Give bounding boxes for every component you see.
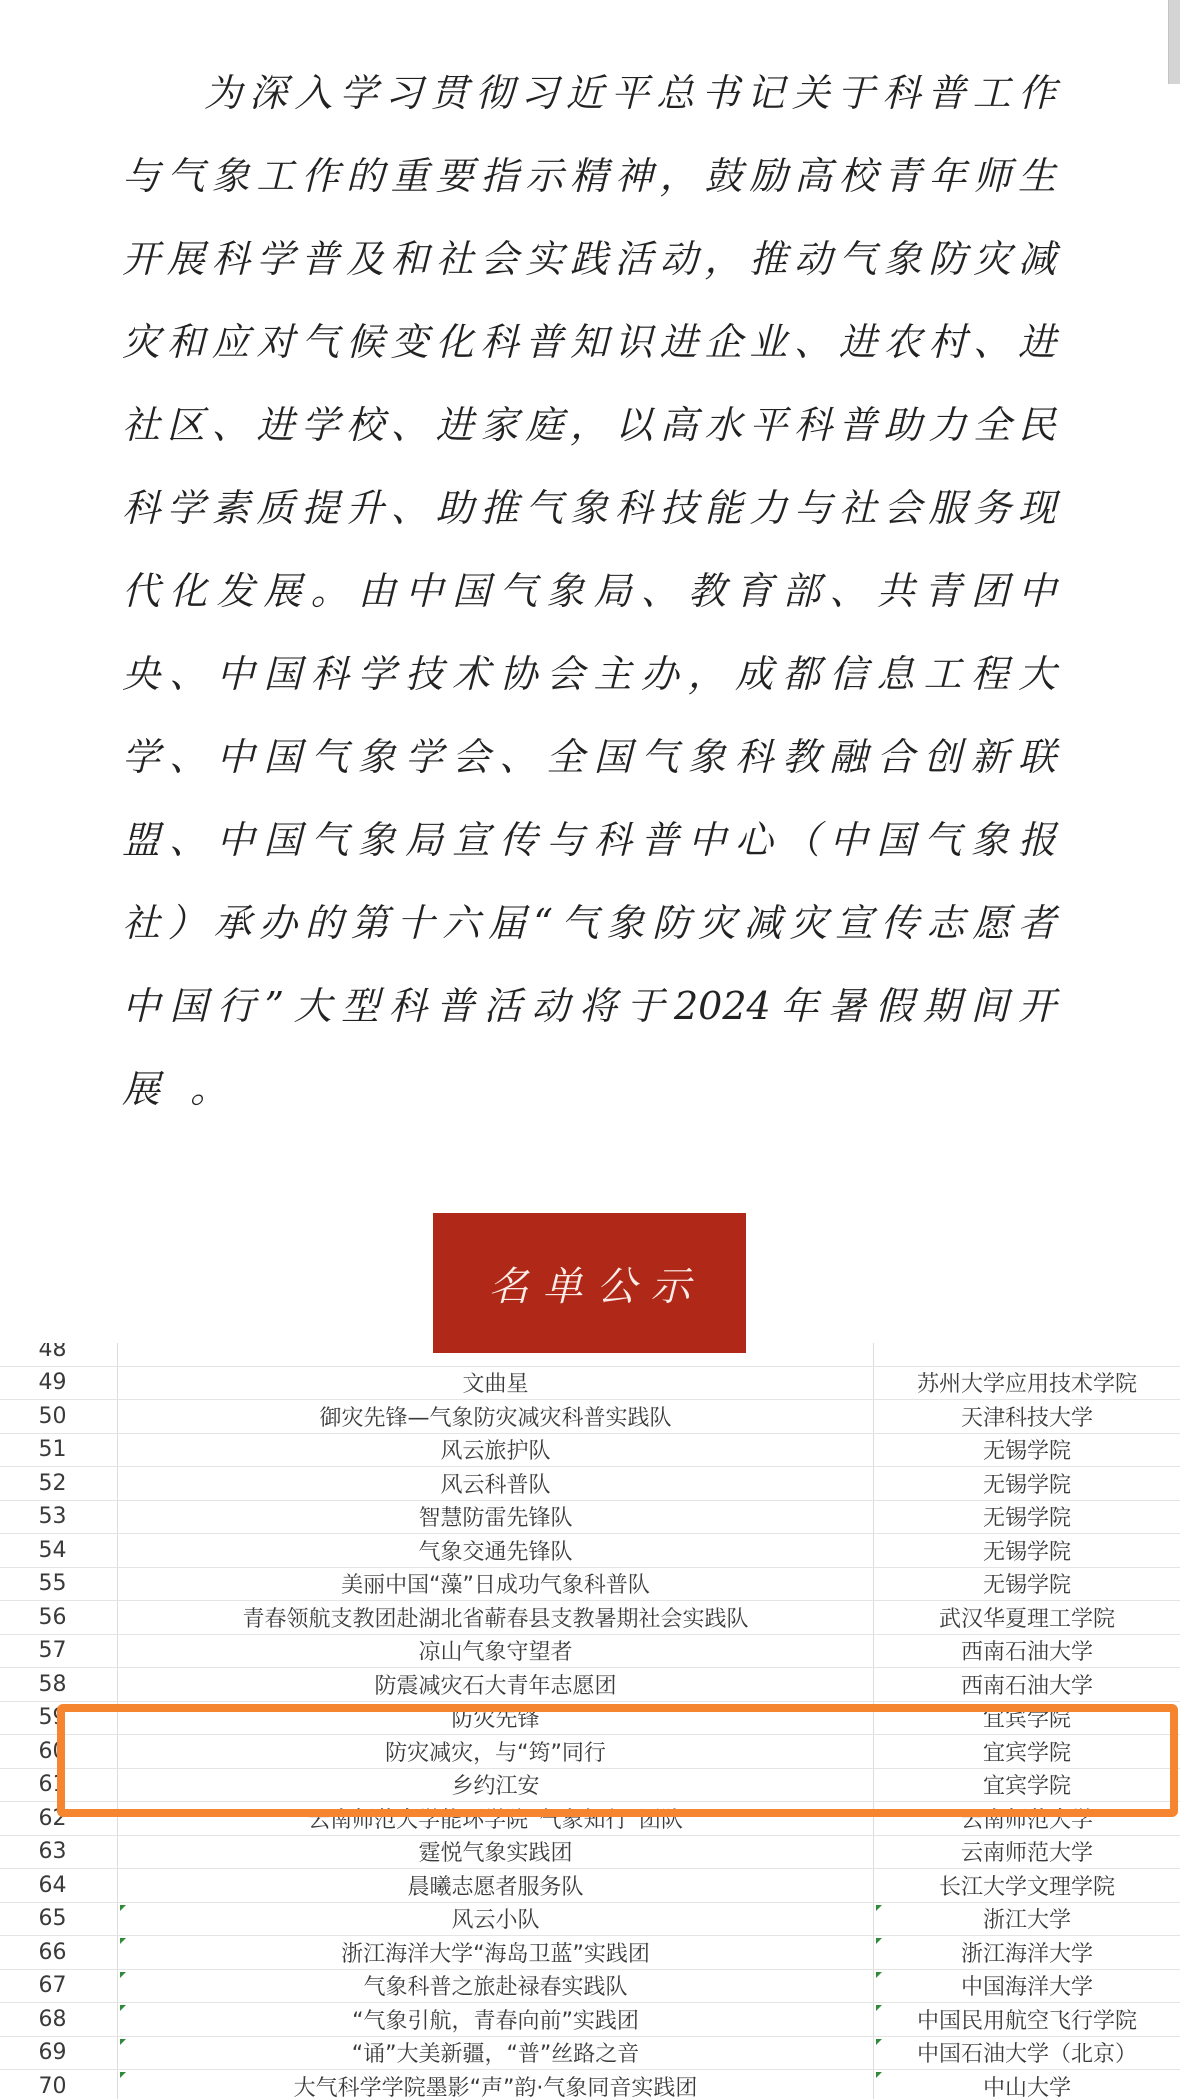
scrollbar-thumb[interactable] <box>1168 0 1180 84</box>
team-name-cell[interactable]: “诵”大美新疆，“普”丝路之音 <box>117 2037 873 2070</box>
school-cell[interactable]: 中国民用航空飞行学院 <box>873 2003 1180 2036</box>
table-row[interactable]: 60防灾减灾，与“筠”同行宜宾学院 <box>0 1735 1180 1769</box>
row-number-cell[interactable]: 63 <box>0 1836 117 1869</box>
team-name-cell[interactable]: 气象科普之旅赴禄春实践队 <box>117 1970 873 2003</box>
team-name-cell[interactable]: 浙江海洋大学“海岛卫蓝”实践团 <box>117 1936 873 1969</box>
team-name-cell[interactable]: “气象引航，青春向前”实践团 <box>117 2003 873 2036</box>
cell-error-marker-icon <box>120 1905 126 1911</box>
team-name-cell[interactable]: 凉山气象守望者 <box>117 1635 873 1668</box>
row-number-cell[interactable]: 70 <box>0 2070 117 2099</box>
row-number-cell[interactable]: 58 <box>0 1668 117 1701</box>
paragraph-line: 为深入学习贯彻习近平总书记关于科普工作 <box>122 52 1056 135</box>
school-cell[interactable]: 无锡学院 <box>873 1568 1180 1601</box>
table-row[interactable]: 66浙江海洋大学“海岛卫蓝”实践团浙江海洋大学 <box>0 1936 1180 1970</box>
team-name-cell[interactable]: 美丽中国“藻”日成功气象科普队 <box>117 1568 873 1601</box>
row-number-cell[interactable]: 52 <box>0 1467 117 1500</box>
team-name-cell[interactable]: 防震减灾石大青年志愿团 <box>117 1668 873 1701</box>
school-cell[interactable] <box>873 1343 1180 1366</box>
table-row[interactable]: 59防灾先锋宜宾学院 <box>0 1702 1180 1736</box>
school-cell[interactable]: 无锡学院 <box>873 1534 1180 1567</box>
cell-error-marker-icon <box>120 1938 126 1944</box>
school-cell[interactable]: 天津科技大学 <box>873 1400 1180 1433</box>
table-row[interactable]: 52风云科普队无锡学院 <box>0 1467 1180 1501</box>
table-row[interactable]: 62云南师范大学能环学院“气象知行”团队云南师范大学 <box>0 1802 1180 1836</box>
team-name-cell[interactable]: 霆悦气象实践团 <box>117 1836 873 1869</box>
row-number-cell[interactable]: 53 <box>0 1501 117 1534</box>
table-row[interactable]: 48 <box>0 1343 1180 1367</box>
paragraph-line: 学、中国气象学会、全国气象科教融合创新联 <box>122 716 1056 799</box>
paragraph-line: 社）承办的第十六届“气象防灾减灾宣传志愿者 <box>122 882 1056 965</box>
cell-error-marker-icon <box>876 1938 882 1944</box>
team-name-cell[interactable]: 风云旅护队 <box>117 1434 873 1467</box>
school-cell[interactable]: 中国海洋大学 <box>873 1970 1180 2003</box>
school-cell[interactable]: 云南师范大学 <box>873 1836 1180 1869</box>
table-row[interactable]: 49文曲星苏州大学应用技术学院 <box>0 1367 1180 1401</box>
team-name-cell[interactable]: 云南师范大学能环学院“气象知行”团队 <box>117 1802 873 1835</box>
team-name-cell[interactable]: 文曲星 <box>117 1367 873 1400</box>
row-number-cell[interactable]: 50 <box>0 1400 117 1433</box>
row-number-cell[interactable]: 57 <box>0 1635 117 1668</box>
table-row[interactable]: 67气象科普之旅赴禄春实践队中国海洋大学 <box>0 1970 1180 2004</box>
team-name-cell[interactable]: 风云科普队 <box>117 1467 873 1500</box>
table-row[interactable]: 70大气科学学院墨影“声”韵·气象同音实践团中山大学 <box>0 2070 1180 2099</box>
table-row[interactable]: 55美丽中国“藻”日成功气象科普队无锡学院 <box>0 1568 1180 1602</box>
school-cell[interactable]: 长江大学文理学院 <box>873 1869 1180 1902</box>
team-name-cell[interactable]: 气象交通先锋队 <box>117 1534 873 1567</box>
row-number-cell[interactable]: 51 <box>0 1434 117 1467</box>
table-row[interactable]: 58防震减灾石大青年志愿团西南石油大学 <box>0 1668 1180 1702</box>
paragraph-line: 代化发展。由中国气象局、教育部、共青团中 <box>122 550 1056 633</box>
cell-error-marker-icon <box>120 2005 126 2011</box>
school-cell[interactable]: 宜宾学院 <box>873 1769 1180 1802</box>
table-row[interactable]: 69“诵”大美新疆，“普”丝路之音中国石油大学（北京） <box>0 2037 1180 2071</box>
table-row[interactable]: 56青春领航支教团赴湖北省蕲春县支教暑期社会实践队武汉华夏理工学院 <box>0 1601 1180 1635</box>
school-cell[interactable]: 苏州大学应用技术学院 <box>873 1367 1180 1400</box>
cell-error-marker-icon <box>876 2005 882 2011</box>
paragraph-line: 中国行”大型科普活动将于2024年暑假期间开 <box>122 965 1056 1048</box>
row-number-cell[interactable]: 62 <box>0 1802 117 1835</box>
table-row[interactable]: 65风云小队浙江大学 <box>0 1903 1180 1937</box>
table-row[interactable]: 64晨曦志愿者服务队长江大学文理学院 <box>0 1869 1180 1903</box>
cell-error-marker-icon <box>120 2039 126 2045</box>
team-name-cell[interactable] <box>117 1343 873 1366</box>
team-name-cell[interactable]: 晨曦志愿者服务队 <box>117 1869 873 1902</box>
intro-paragraph: 为深入学习贯彻习近平总书记关于科普工作 与气象工作的重要指示精神，鼓励高校青年师… <box>122 52 1056 1131</box>
cell-error-marker-icon <box>876 2072 882 2078</box>
table-row[interactable]: 61乡约江安宜宾学院 <box>0 1769 1180 1803</box>
school-cell[interactable]: 中山大学 <box>873 2070 1180 2099</box>
school-cell[interactable]: 无锡学院 <box>873 1434 1180 1467</box>
row-number-cell[interactable]: 66 <box>0 1936 117 1969</box>
table-row[interactable]: 54气象交通先锋队无锡学院 <box>0 1534 1180 1568</box>
cell-error-marker-icon <box>120 2072 126 2078</box>
table-row[interactable]: 68“气象引航，青春向前”实践团中国民用航空飞行学院 <box>0 2003 1180 2037</box>
school-cell[interactable]: 浙江海洋大学 <box>873 1936 1180 1969</box>
school-cell[interactable]: 无锡学院 <box>873 1501 1180 1534</box>
team-name-cell[interactable]: 御灾先锋—气象防灾减灾科普实践队 <box>117 1400 873 1433</box>
table-row[interactable]: 50御灾先锋—气象防灾减灾科普实践队天津科技大学 <box>0 1400 1180 1434</box>
team-name-cell[interactable]: 风云小队 <box>117 1903 873 1936</box>
paragraph-line: 盟、中国气象局宣传与科普中心（中国气象报 <box>122 799 1056 882</box>
paragraph-line: 展。 <box>122 1048 1056 1131</box>
row-number-cell[interactable]: 48 <box>0 1343 117 1366</box>
row-number-cell[interactable]: 61 <box>0 1769 117 1802</box>
row-number-cell[interactable]: 49 <box>0 1367 117 1400</box>
school-cell[interactable]: 西南石油大学 <box>873 1668 1180 1701</box>
table-row[interactable]: 51风云旅护队无锡学院 <box>0 1434 1180 1468</box>
row-number-cell[interactable]: 67 <box>0 1970 117 2003</box>
cell-error-marker-icon <box>120 1972 126 1978</box>
cell-error-marker-icon <box>876 1972 882 1978</box>
table-row[interactable]: 53智慧防雷先锋队无锡学院 <box>0 1501 1180 1535</box>
row-number-cell[interactable]: 59 <box>0 1702 117 1735</box>
table-body: 4849文曲星苏州大学应用技术学院50御灾先锋—气象防灾减灾科普实践队天津科技大… <box>0 1343 1180 2099</box>
school-cell[interactable]: 无锡学院 <box>873 1467 1180 1500</box>
team-name-cell[interactable]: 大气科学学院墨影“声”韵·气象同音实践团 <box>117 2070 873 2099</box>
row-number-cell[interactable]: 68 <box>0 2003 117 2036</box>
school-cell[interactable]: 中国石油大学（北京） <box>873 2037 1180 2070</box>
banner-title: 名单公示 <box>475 1255 705 1312</box>
team-name-cell[interactable]: 智慧防雷先锋队 <box>117 1501 873 1534</box>
row-number-cell[interactable]: 54 <box>0 1534 117 1567</box>
paragraph-line: 开展科学普及和社会实践活动，推动气象防灾减 <box>122 218 1056 301</box>
paragraph-line: 科学素质提升、助推气象科技能力与社会服务现 <box>122 467 1056 550</box>
cell-error-marker-icon <box>876 1905 882 1911</box>
school-cell[interactable]: 宜宾学院 <box>873 1735 1180 1768</box>
table-row[interactable]: 63霆悦气象实践团云南师范大学 <box>0 1836 1180 1870</box>
team-name-cell[interactable]: 青春领航支教团赴湖北省蕲春县支教暑期社会实践队 <box>117 1601 873 1634</box>
list-announcement-banner: 名单公示 <box>433 1213 746 1353</box>
row-number-cell[interactable]: 65 <box>0 1903 117 1936</box>
paragraph-line: 社区、进学校、进家庭，以高水平科普助力全民 <box>122 384 1056 467</box>
team-name-cell[interactable]: 乡约江安 <box>117 1769 873 1802</box>
paragraph-line: 灾和应对气候变化科普知识进企业、进农村、进 <box>122 301 1056 384</box>
paragraph-line: 央、中国科学技术协会主办，成都信息工程大 <box>122 633 1056 716</box>
school-cell[interactable]: 西南石油大学 <box>873 1635 1180 1668</box>
table-row[interactable]: 57凉山气象守望者西南石油大学 <box>0 1635 1180 1669</box>
paragraph-line: 与气象工作的重要指示精神，鼓励高校青年师生 <box>122 135 1056 218</box>
row-number-cell[interactable]: 55 <box>0 1568 117 1601</box>
team-name-cell[interactable]: 防灾先锋 <box>117 1702 873 1735</box>
school-cell[interactable]: 宜宾学院 <box>873 1702 1180 1735</box>
row-number-cell[interactable]: 64 <box>0 1869 117 1902</box>
team-name-cell[interactable]: 防灾减灾，与“筠”同行 <box>117 1735 873 1768</box>
school-cell[interactable]: 武汉华夏理工学院 <box>873 1601 1180 1634</box>
row-number-cell[interactable]: 69 <box>0 2037 117 2070</box>
school-cell[interactable]: 浙江大学 <box>873 1903 1180 1936</box>
row-number-cell[interactable]: 56 <box>0 1601 117 1634</box>
cell-error-marker-icon <box>876 2039 882 2045</box>
team-list-table: 4849文曲星苏州大学应用技术学院50御灾先锋—气象防灾减灾科普实践队天津科技大… <box>0 1343 1180 2099</box>
school-cell[interactable]: 云南师范大学 <box>873 1802 1180 1835</box>
row-number-cell[interactable]: 60 <box>0 1735 117 1768</box>
